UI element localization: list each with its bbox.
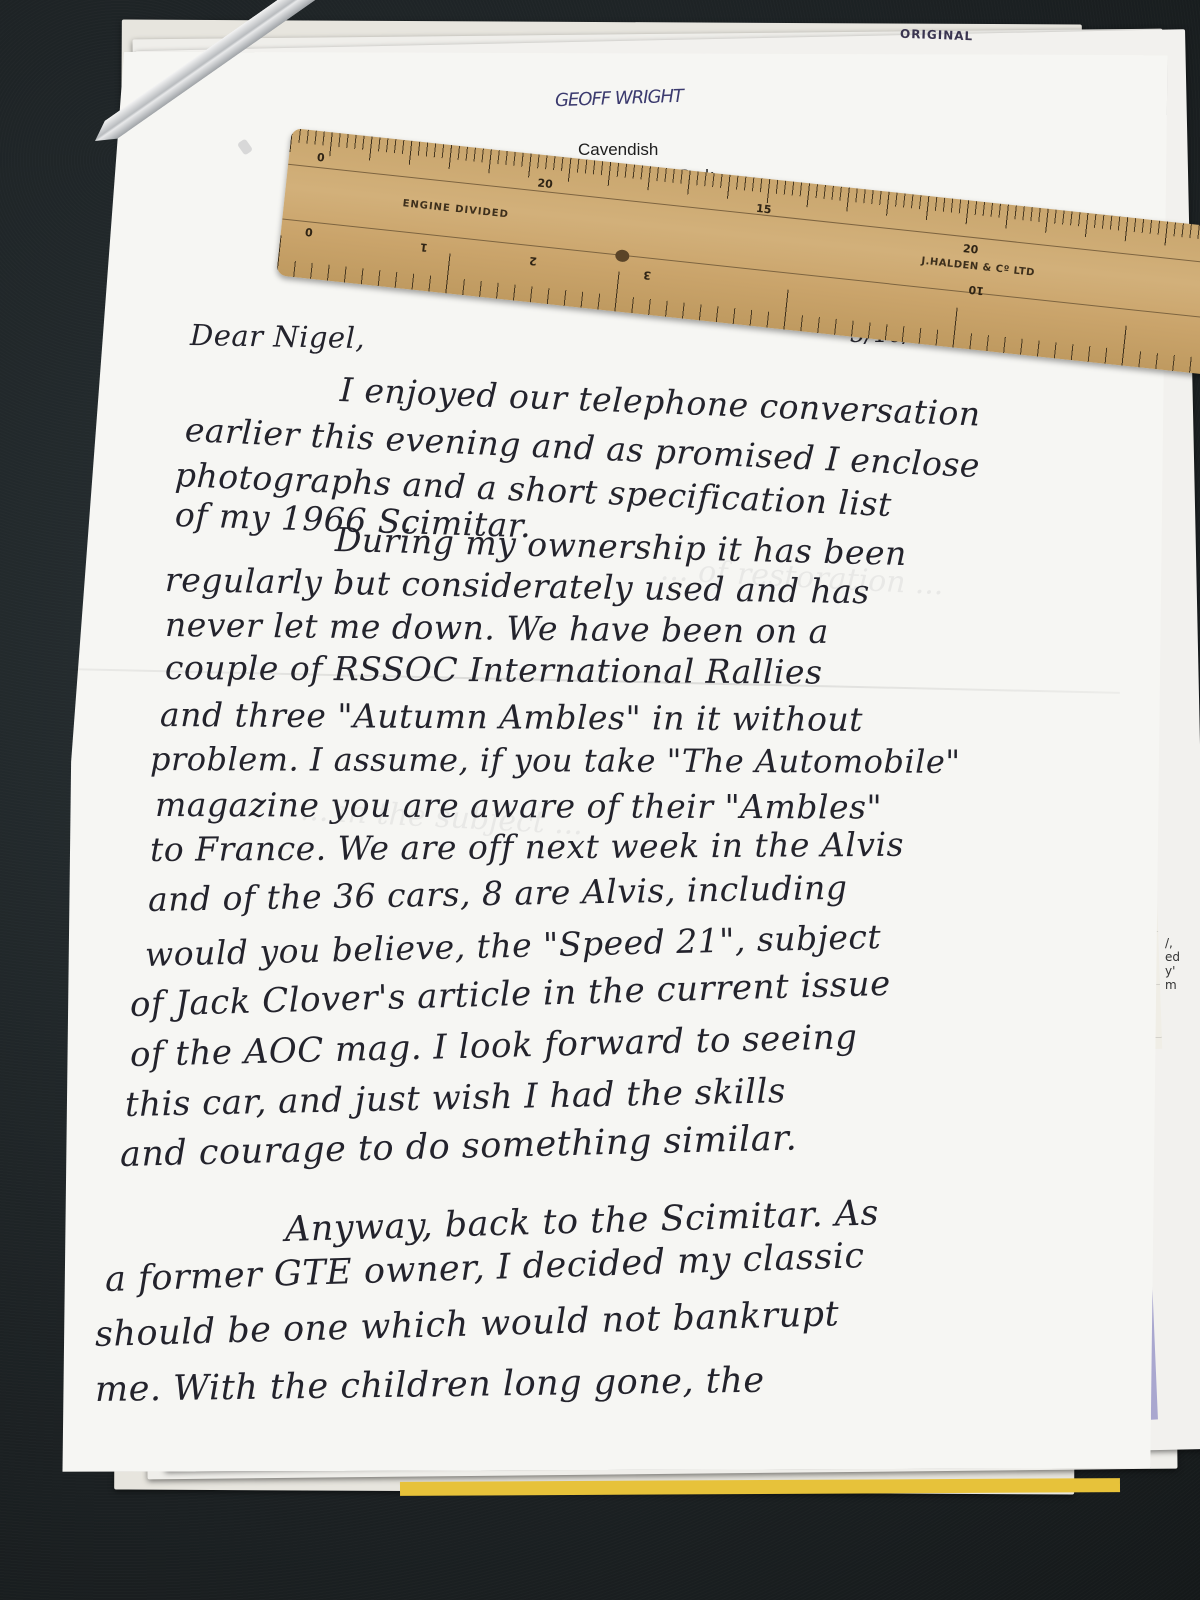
original-stamp: ORIGINAL (900, 27, 974, 44)
ruler-number: 20 (962, 242, 979, 257)
letter-line: and three "Autumn Ambles" in it without (160, 695, 863, 739)
ruler-number: 2 (529, 254, 538, 268)
letter-line: couple of RSSOC International Rallies (165, 648, 823, 692)
ruler-number: 15 (755, 202, 772, 217)
ruler-label: ENGINE DIVIDED (402, 198, 509, 220)
letter-line: never let me down. We have been on a (165, 605, 829, 651)
ruler-number: 1 (419, 240, 428, 254)
ruler-number: 0 (316, 151, 325, 165)
ruler-number: 3 (643, 268, 652, 282)
ruler-number: 0 (304, 225, 313, 239)
ruler-number: 10 (968, 283, 985, 298)
letter-line: problem. I assume, if you take "The Auto… (150, 740, 961, 781)
letterhead-line: Cavendish (578, 140, 658, 160)
handwritten-name: GEOFF WRIGHT (555, 86, 684, 111)
side-page-mark: /, ed y' m (1165, 936, 1180, 992)
letter-salutation: Dear Nigel, (190, 318, 366, 355)
letter-line: magazine you are aware of their "Ambles" (155, 785, 882, 827)
ruler-number: 20 (537, 176, 554, 191)
ruler-label: J.HALDEN & Cº LTD (921, 256, 1036, 279)
letter-line: to France. We are off next week in the A… (150, 825, 904, 869)
